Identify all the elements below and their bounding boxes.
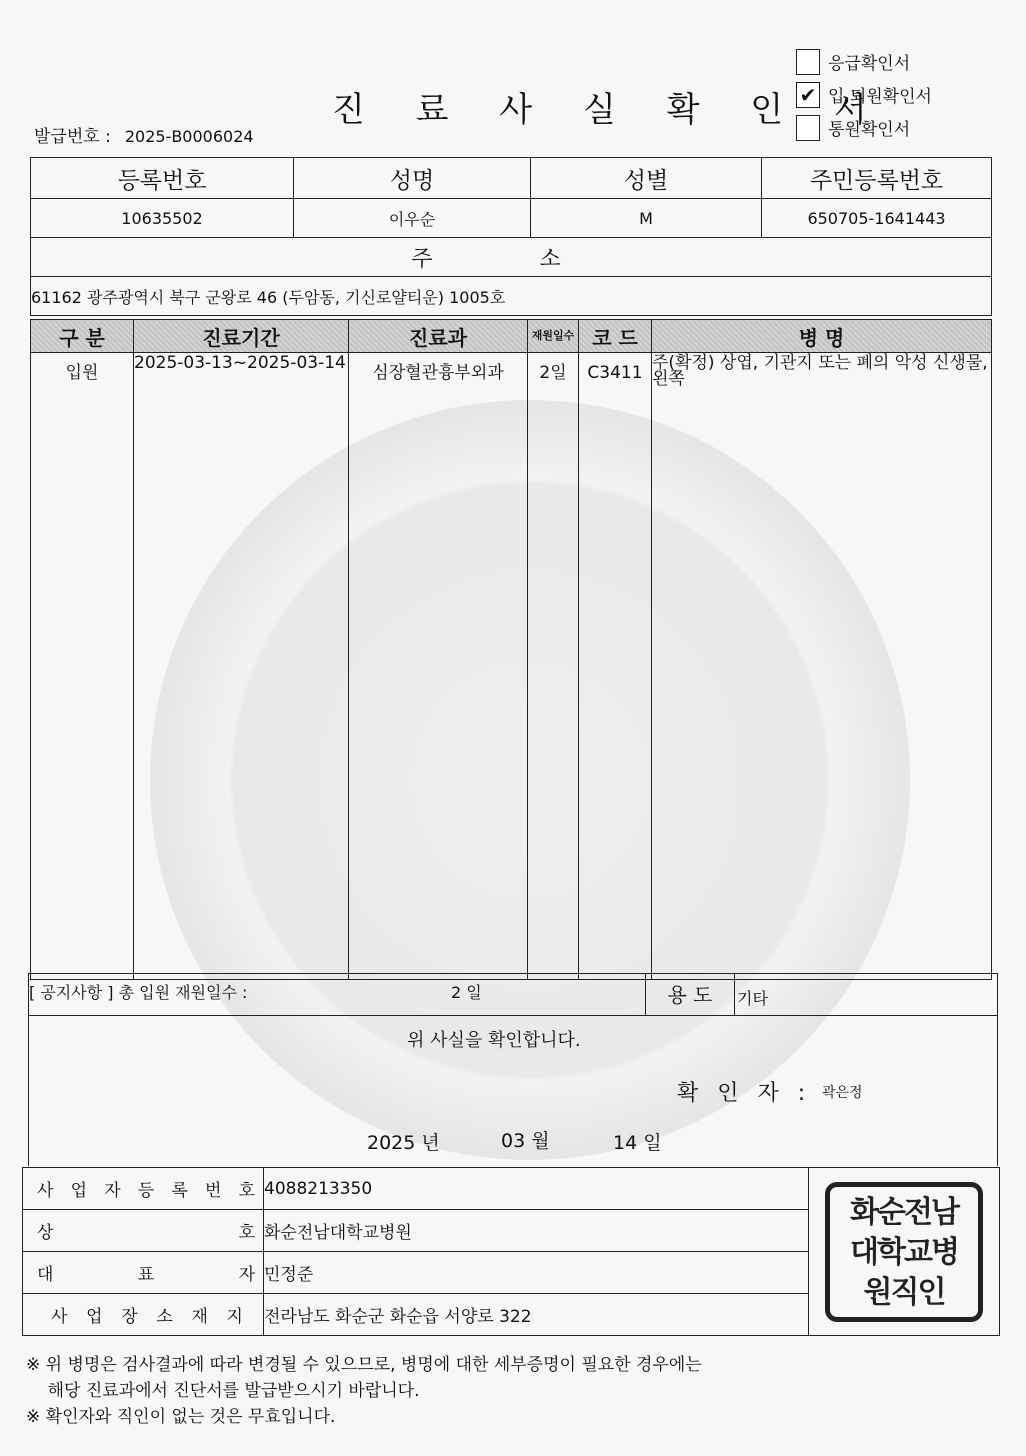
issue-number-label: 발급번호 : [34,127,111,147]
diagnosis-code: C3411 [579,353,652,980]
purpose-value: 기타 [737,986,768,1009]
patient-info-table: 등록번호 성명 성별 주민등록번호 10635502 이우순 M 650705-… [30,157,992,316]
checkmark-icon[interactable]: ✔ [796,82,820,108]
address: 61162 광주광역시 북구 군왕로 46 (두암동, 기신로얄티운) 1005… [31,277,992,316]
treatment-period: 2025-03-13~2025-03-14 [134,353,349,980]
business-location: 전라남도 화순군 화순읍 서양로 322 [264,1294,809,1336]
confirmer-name: 곽은정 [822,1082,863,1102]
header-sex: 성별 [531,158,762,199]
header-code: 코 드 [579,320,652,353]
business-info-table: 사업자등록번호 4088213350 화순전남 대학교병 원직인 상호 화순전남… [22,1167,1000,1336]
address-header: 주 소 [31,238,992,277]
total-days: 2 일 [451,980,482,1003]
label-text: 대표자 [37,1260,255,1285]
footnote: 해당 진료과에서 진단서를 발급받으시기 바랍니다. [26,1378,702,1404]
issue-number-value: 2025-B0006024 [125,127,254,146]
date-day: 14 일 [613,1128,662,1155]
certificate-type-label: 응급확인서 [828,49,910,74]
category: 입원 [31,353,134,980]
confirmation-section: 위 사실을 확인합니다. 확 인 자 : 곽은정 2025 년 03 월 14 … [28,1015,998,1166]
date-year: 2025 년 [367,1128,440,1155]
date-month: 03 월 [501,1126,550,1153]
header-diagnosis: 병 명 [652,320,992,353]
company-name: 화순전남대학교병원 [264,1210,809,1252]
certificate-type-outpatient[interactable]: 통원확인서 [796,111,932,144]
header-name: 성명 [294,158,531,199]
header-period: 진료기간 [134,320,349,353]
checkbox-icon[interactable] [796,49,820,75]
footnotes: ※ 위 병명은 검사결과에 따라 변경될 수 있으므로, 병명에 대한 세부증명… [26,1352,702,1430]
hospital-days: 2일 [528,353,579,980]
label-company: 상호 [23,1210,264,1252]
footnote: ※ 위 병명은 검사결과에 따라 변경될 수 있으므로, 병명에 대한 세부증명… [26,1352,702,1378]
patient-sex: M [531,199,762,238]
header-category: 구 분 [31,320,134,353]
seal-line: 대학교병 [830,1233,978,1273]
department: 심장혈관흉부외과 [349,353,528,980]
treatment-table: 구 분 진료기간 진료과 재원일수 코 드 병 명 입원 2025-03-13~… [30,319,992,980]
certificate-type-label: 통원확인서 [828,115,910,140]
business-reg-number: 4088213350 [264,1168,809,1210]
official-seal-icon: 화순전남 대학교병 원직인 [825,1182,983,1322]
certificate-type-emergency[interactable]: 응급확인서 [796,45,932,78]
seal-line: 화순전남 [830,1193,978,1233]
notice-row: [ 공지사항 ] 총 입원 재원일수 : 2 일 용 도 기타 [28,973,998,1016]
certificate-type-checklist: 응급확인서 ✔ 입,퇴원확인서 통원확인서 [796,45,932,144]
certificate-type-label: 입,퇴원확인서 [828,82,932,107]
issue-number: 발급번호 :2025-B0006024 [34,122,254,147]
representative: 민정준 [264,1252,809,1294]
table-row: 입원 2025-03-13~2025-03-14 심장혈관흉부외과 2일 C34… [31,353,992,980]
header-registration-number: 등록번호 [31,158,294,199]
registration-number: 10635502 [31,199,294,238]
label-text: 사업자등록번호 [37,1176,255,1201]
certificate-type-admission[interactable]: ✔ 입,퇴원확인서 [796,78,932,111]
seal-line: 원직인 [830,1273,978,1313]
footnote: ※ 확인자와 직인이 없는 것은 무효입니다. [26,1404,702,1430]
resident-number: 650705-1641443 [762,199,992,238]
header-department: 진료과 [349,320,528,353]
label-business-reg: 사업자등록번호 [23,1168,264,1210]
confirmer-label: 확 인 자 : [677,1076,811,1107]
seal-cell: 화순전남 대학교병 원직인 [809,1168,1000,1336]
label-location: 사업장소재지 [23,1294,264,1336]
diagnosis-name: 주(확정) 상엽, 기관지 또는 폐의 악성 신생물, 왼쪽 [652,353,992,980]
header-days: 재원일수 [528,320,579,353]
header-resident-number: 주민등록번호 [762,158,992,199]
label-representative: 대표자 [23,1252,264,1294]
patient-name: 이우순 [294,199,531,238]
label-text: 사업장소재지 [51,1302,243,1327]
confirmation-statement: 위 사실을 확인합니다. [407,1026,581,1052]
checkbox-icon[interactable] [796,115,820,141]
notice-label: [ 공지사항 ] 총 입원 재원일수 : [29,980,247,1003]
label-text: 상호 [37,1218,255,1243]
purpose-label: 용 도 [645,974,735,1016]
